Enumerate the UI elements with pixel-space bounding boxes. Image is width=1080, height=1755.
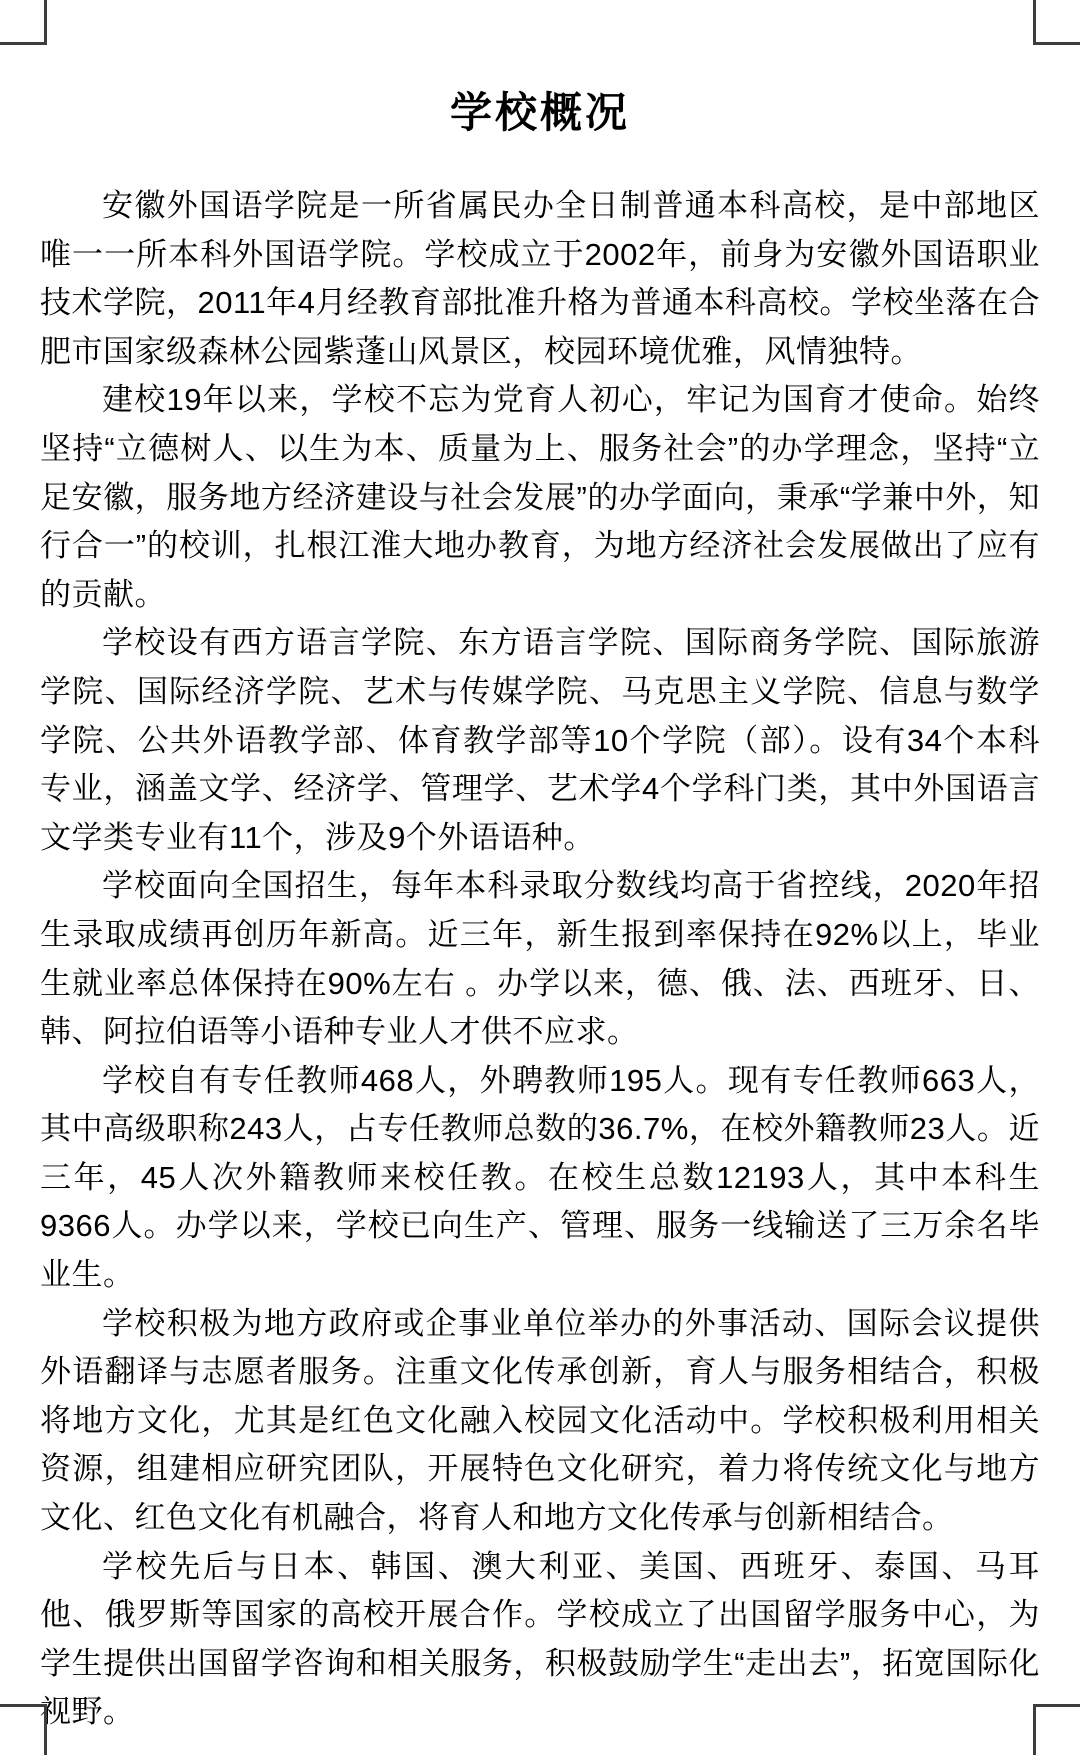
document-body: 安徽外国语学院是一所省属民办全日制普通本科高校，是中部地区唯一一所本科外国语学院… (40, 182, 1040, 1737)
paragraph-culture-and-service: 学校积极为地方政府或企事业单位举办的外事活动、国际会议提供外语翻译与志愿者服务。… (40, 1300, 1040, 1543)
paragraph-enrollment: 学校面向全国招生，每年本科录取分数线均高于省控线，2020年招生录取成绩再创历年… (40, 862, 1040, 1056)
paragraph-founding-philosophy: 建校19年以来，学校不忘为党育人初心，牢记为国育才使命。始终坚持“立德树人、以生… (40, 376, 1040, 619)
page-title: 学校概况 (0, 0, 1080, 138)
paragraph-international-cooperation: 学校先后与日本、韩国、澳大利亚、美国、西班牙、泰国、马耳他、俄罗斯等国家的高校开… (40, 1543, 1040, 1737)
paragraph-schools-and-majors: 学校设有西方语言学院、东方语言学院、国际商务学院、国际旅游学院、国际经济学院、艺… (40, 619, 1040, 862)
paragraph-school-intro: 安徽外国语学院是一所省属民办全日制普通本科高校，是中部地区唯一一所本科外国语学院… (40, 182, 1040, 376)
paragraph-faculty-and-students: 学校自有专任教师468人，外聘教师195人。现有专任教师663人，其中高级职称2… (40, 1057, 1040, 1300)
crop-mark-top-left (0, 0, 47, 45)
crop-mark-bottom-right (1033, 1704, 1080, 1755)
crop-mark-bottom-left (0, 1704, 47, 1755)
document-page: 学校概况 安徽外国语学院是一所省属民办全日制普通本科高校，是中部地区唯一一所本科… (0, 0, 1080, 1755)
crop-mark-top-right (1033, 0, 1080, 45)
